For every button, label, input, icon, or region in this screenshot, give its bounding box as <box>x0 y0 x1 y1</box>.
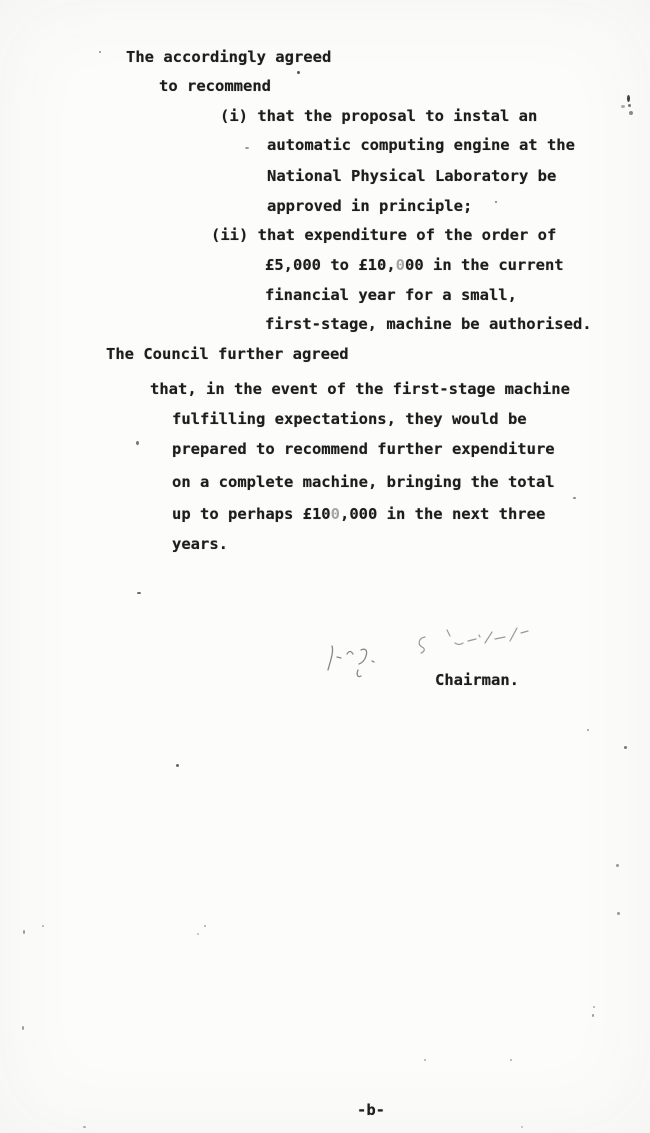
typed-text: first-stage, machine be authorised. <box>265 315 592 333</box>
body-line: prepared to recommend further expenditur… <box>172 442 555 458</box>
paper-speck <box>297 71 300 74</box>
list-item-i: (i) that the proposal to instal an <box>220 109 537 125</box>
body-line: years. <box>172 537 228 553</box>
typed-text: prepared to recommend further expenditur… <box>172 440 555 458</box>
typed-text: (ii) that expenditure of the order of <box>211 226 556 244</box>
paper-speck <box>573 497 576 499</box>
paper-speck <box>592 1014 594 1017</box>
paper-speck <box>621 105 625 108</box>
page-number: -b- <box>357 1103 385 1119</box>
paper-speck <box>627 95 630 102</box>
paper-speck <box>624 746 627 749</box>
paper-speck <box>83 1126 86 1128</box>
typed-text: financial year for a small, <box>265 286 517 304</box>
faint-character: 0 <box>396 256 405 274</box>
paper-speck <box>616 864 619 867</box>
paper-speck <box>176 764 179 767</box>
typed-text: that, in the event of the first-stage ma… <box>150 380 570 398</box>
handwritten-signature <box>325 624 530 680</box>
paper-speck <box>245 147 249 149</box>
paper-speck <box>587 729 589 731</box>
list-item-ii: (ii) that expenditure of the order of <box>211 228 556 244</box>
typed-text: ,000 in the next three <box>340 505 545 523</box>
typed-text: fulfilling expectations, they would be <box>172 410 527 428</box>
document-page: The accordingly agreedto recommend(i) th… <box>0 0 650 1133</box>
typed-text: up to perhaps £10 <box>172 505 331 523</box>
body-line: The accordingly agreed <box>126 50 331 66</box>
paper-speck <box>136 441 139 445</box>
paper-speck <box>137 592 141 594</box>
typed-text: on a complete machine, bringing the tota… <box>172 473 555 491</box>
paper-speck <box>204 925 206 927</box>
typed-text: approved in principle; <box>267 197 472 215</box>
typed-text: £5,000 to £10, <box>265 256 396 274</box>
body-line: approved in principle; <box>267 199 472 215</box>
body-line: on a complete machine, bringing the tota… <box>172 475 555 491</box>
paper-speck <box>495 201 497 203</box>
typed-text: to recommend <box>159 77 271 95</box>
paper-speck <box>22 1026 24 1030</box>
body-line: that, in the event of the first-stage ma… <box>150 382 570 398</box>
paper-speck <box>510 1059 512 1061</box>
body-line: National Physical Laboratory be <box>267 169 556 185</box>
body-line: The Council further agreed <box>106 347 349 363</box>
paper-speck <box>593 1006 595 1008</box>
paper-speck <box>521 1126 523 1128</box>
body-line: £5,000 to £10,000 in the current <box>265 258 564 274</box>
body-line: up to perhaps £100,000 in the next three <box>172 507 545 523</box>
body-line: fulfilling expectations, they would be <box>172 412 527 428</box>
typed-text: years. <box>172 535 228 553</box>
paper-speck <box>424 1059 426 1061</box>
typed-text: (i) that the proposal to instal an <box>220 107 537 125</box>
paper-speck <box>197 933 199 935</box>
typed-text: National Physical Laboratory be <box>267 167 556 185</box>
paper-speck <box>23 930 25 934</box>
typed-text: The accordingly agreed <box>126 48 331 66</box>
paper-speck <box>42 925 44 927</box>
paper-speck <box>99 51 101 53</box>
typed-text: The Council further agreed <box>106 345 349 363</box>
body-line: to recommend <box>159 79 271 95</box>
body-line: first-stage, machine be authorised. <box>265 317 592 333</box>
typed-text: -b- <box>357 1101 385 1119</box>
paper-speck <box>628 104 631 107</box>
typed-text: 00 in the current <box>405 256 564 274</box>
body-line: automatic computing engine at the <box>267 138 575 154</box>
paper-speck <box>629 111 633 115</box>
faint-character: 0 <box>331 505 340 523</box>
typed-text: automatic computing engine at the <box>267 136 575 154</box>
paper-speck <box>617 912 620 915</box>
body-line: financial year for a small, <box>265 288 517 304</box>
